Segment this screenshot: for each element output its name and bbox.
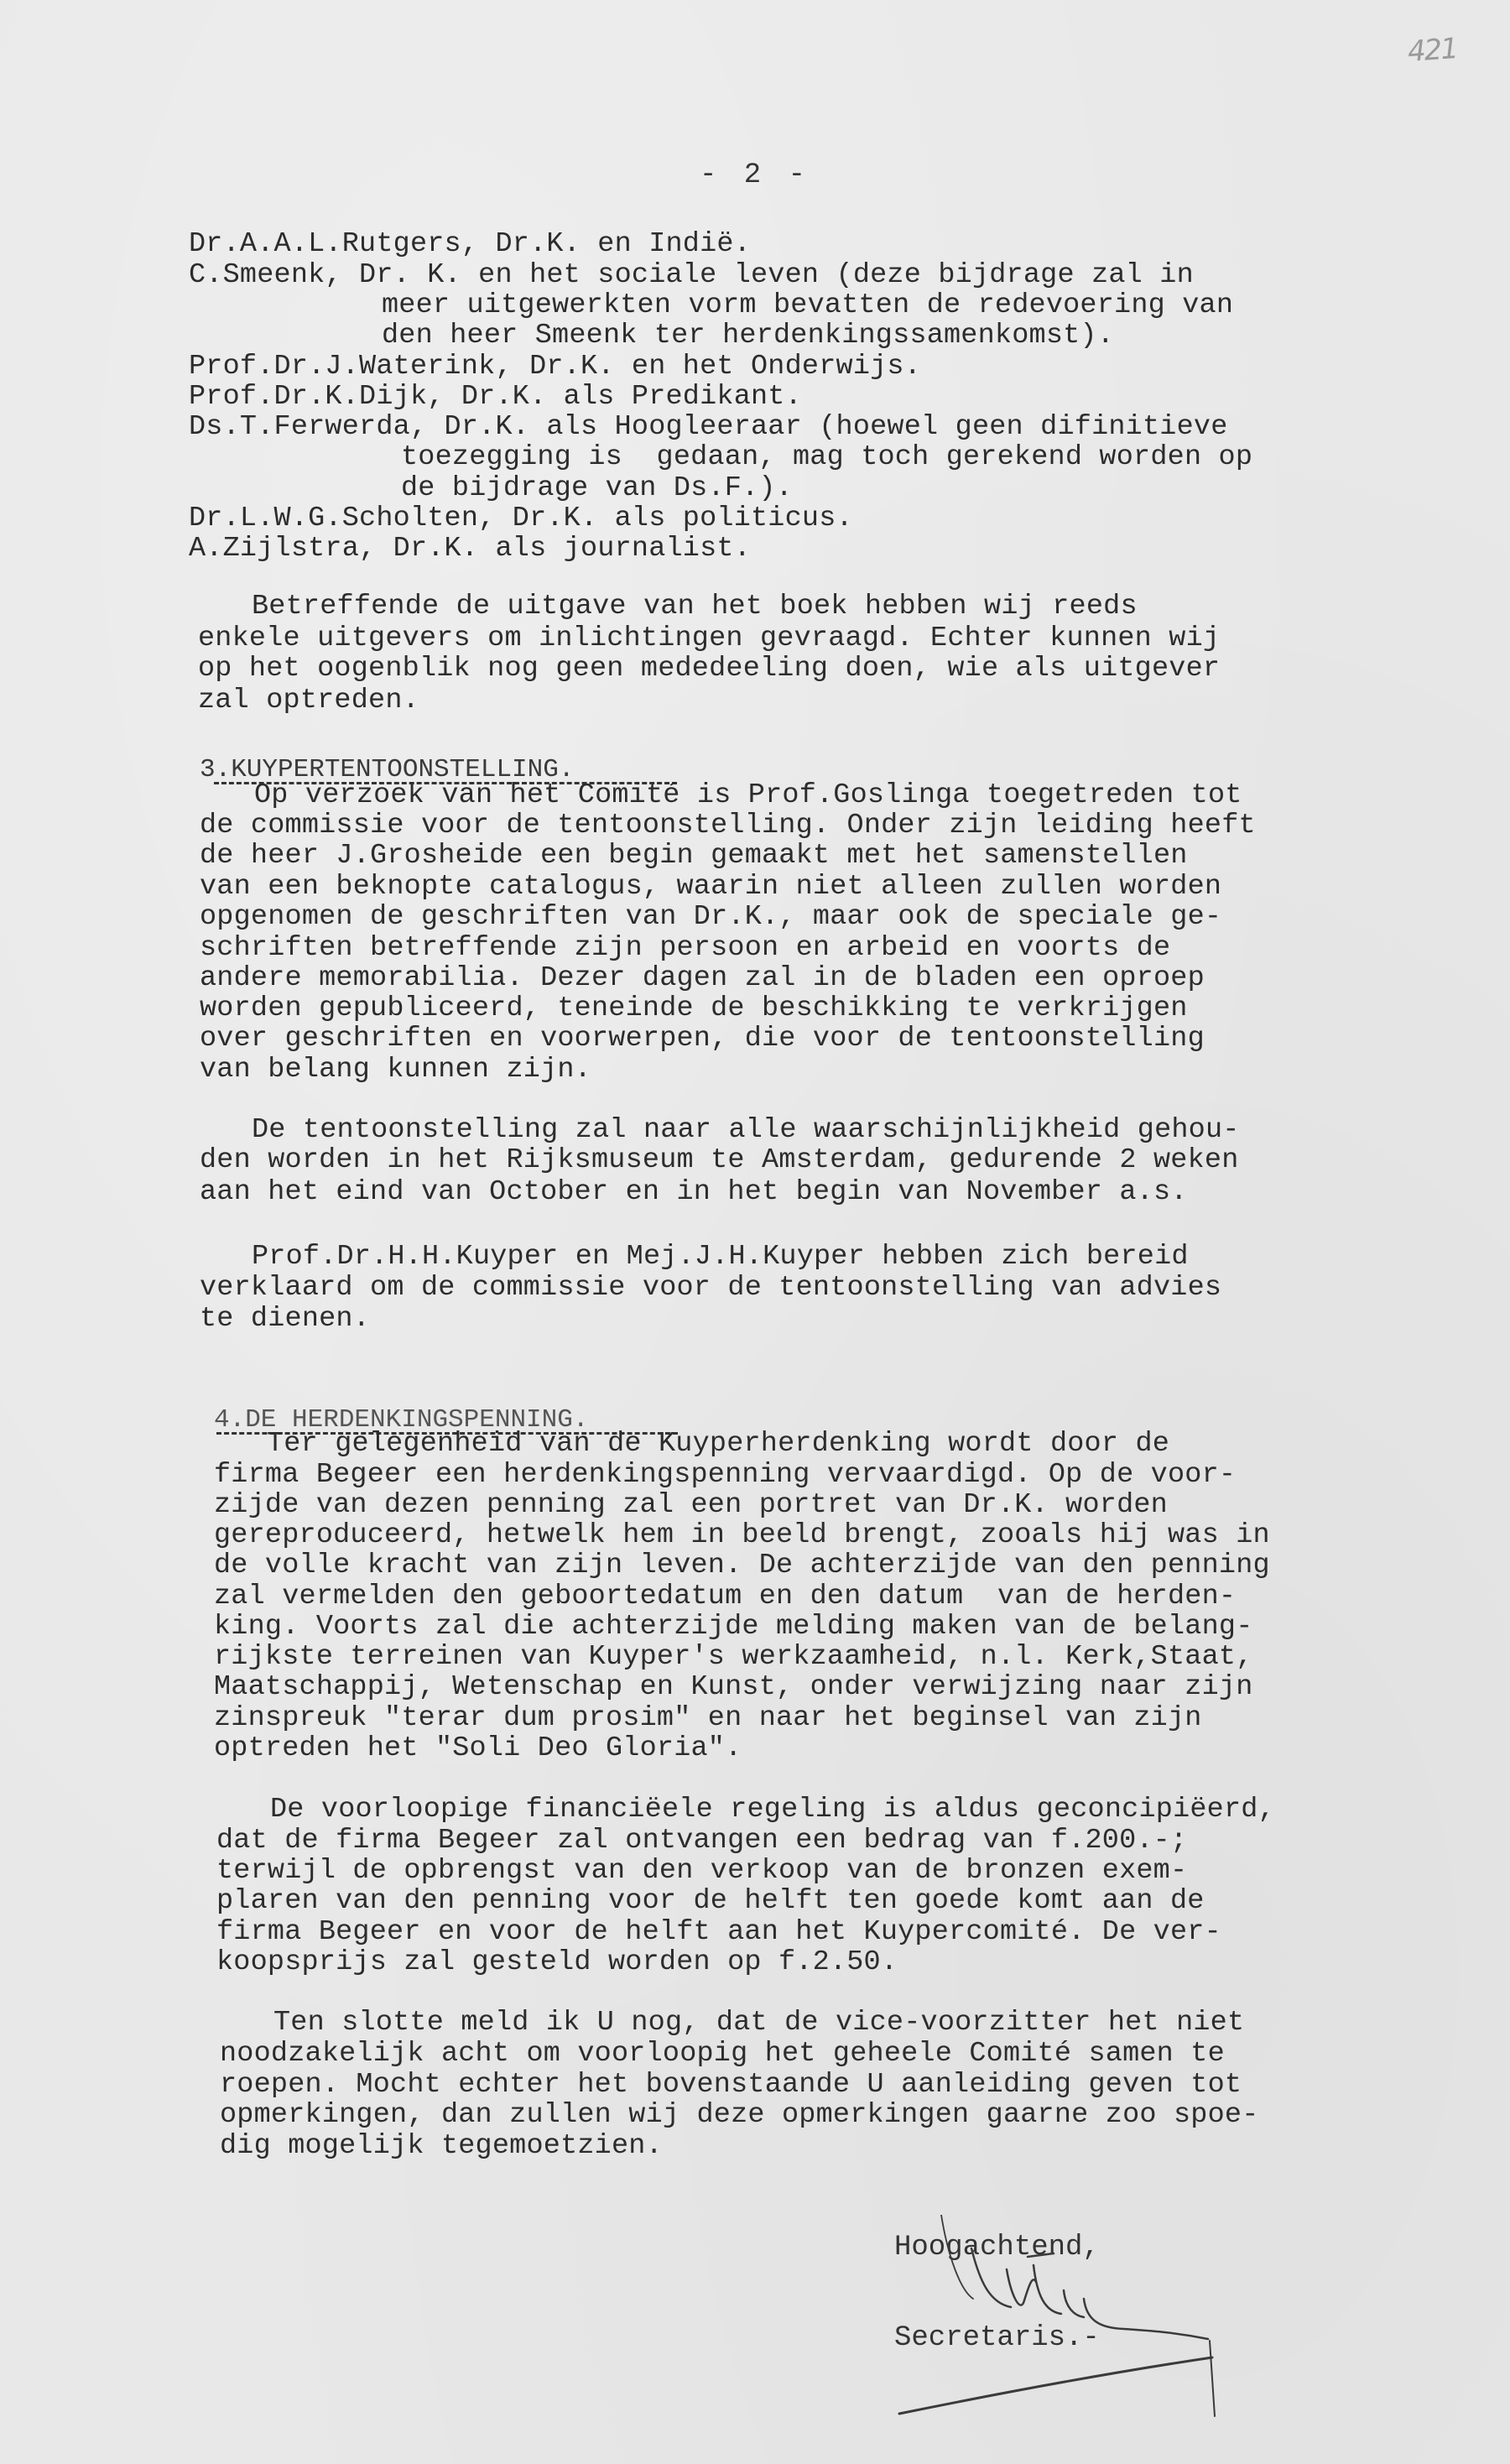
text-line: dat de firma Begeer zal ontvangen een be… [216, 1826, 1187, 1856]
text-line: enkele uitgevers om inlichtingen gevraag… [198, 623, 1220, 654]
text-line: Betreffende de uitgave van het boek hebb… [252, 591, 1138, 622]
contribution-line: Ds.T.Ferwerda, Dr.K. als Hoogleeraar (ho… [189, 412, 1228, 442]
text-line: king. Voorts zal die achterzijde melding… [214, 1612, 1253, 1642]
text-line: noodzakelijk acht om voorloopig het gehe… [220, 2039, 1225, 2069]
text-line: de volle kracht van zijn leven. De achte… [214, 1550, 1270, 1581]
text-line: Op verzoek van het Comité is Prof.Goslin… [254, 780, 1242, 810]
text-line: dig mogelijk tegemoetzien. [220, 2131, 663, 2161]
text-line: rijkste terreinen van Kuyper's werkzaamh… [214, 1642, 1253, 1672]
contribution-line: Prof.Dr.K.Dijk, Dr.K. als Predikant. [189, 382, 802, 412]
contribution-line: A.Zijlstra, Dr.K. als journalist. [189, 534, 751, 564]
text-line: De tentoonstelling zal naar alle waarsch… [252, 1115, 1240, 1145]
text-line: worden gepubliceerd, teneinde de beschik… [200, 993, 1188, 1024]
contribution-line: den heer Smeenk ter herdenkingssamenkoms… [382, 320, 1114, 351]
contribution-line: Dr.L.W.G.Scholten, Dr.K. als politicus. [189, 503, 853, 534]
text-line: terwijl de opbrengst van den verkoop van… [216, 1856, 1187, 1886]
text-line: verklaard om de commissie voor de tentoo… [200, 1273, 1221, 1303]
text-line: opgenomen de geschriften van Dr.K., maar… [200, 902, 1221, 932]
text-line: over geschriften en voorwerpen, die voor… [200, 1024, 1205, 1054]
page-number: - 2 - [0, 159, 1510, 191]
text-line: Maatschappij, Wetenschap en Kunst, onder… [214, 1672, 1253, 1702]
text-line: den worden in het Rijksmuseum te Amsterd… [200, 1145, 1239, 1175]
contribution-line: de bijdrage van Ds.F.). [401, 473, 793, 503]
text-line: schriften betreffende zijn persoon en ar… [200, 933, 1170, 963]
text-line: gereproduceerd, hetwelk hem in beeld bre… [214, 1520, 1270, 1550]
text-line: aan het eind van October en in het begin… [200, 1177, 1188, 1207]
contribution-line: C.Smeenk, Dr. K. en het sociale leven (d… [189, 260, 1194, 290]
text-line: De voorloopige financiëele regeling is a… [270, 1795, 1275, 1825]
archive-number: 421 [1407, 32, 1459, 69]
contribution-line: meer uitgewerkten vorm bevatten de redev… [382, 290, 1233, 320]
text-line: van een beknopte catalogus, waarin niet … [200, 872, 1221, 902]
text-line: zal optreden. [198, 685, 419, 716]
text-line: zinspreuk "terar dum prosim" en naar het… [214, 1703, 1202, 1733]
text-line: te dienen. [200, 1304, 370, 1334]
text-line: Prof.Dr.H.H.Kuyper en Mej.J.H.Kuyper heb… [252, 1242, 1189, 1272]
text-line: optreden het "Soli Deo Gloria". [214, 1733, 742, 1763]
text-line: plaren van den penning voor de helft ten… [216, 1886, 1205, 1916]
text-line: koopsprijs zal gesteld worden op f.2.50. [216, 1947, 898, 1977]
document-page: 421 - 2 - Dr.A.A.L.Rutgers, Dr.K. en Ind… [0, 0, 1510, 2464]
contribution-line: Prof.Dr.J.Waterink, Dr.K. en het Onderwi… [189, 352, 921, 382]
text-line: firma Begeer en voor de helft aan het Ku… [216, 1917, 1221, 1947]
contribution-line: toezegging is gedaan, mag toch gerekend … [401, 442, 1252, 472]
handwritten-signature-icon [889, 2215, 1242, 2433]
text-line: op het oogenblik nog geen mededeeling do… [198, 654, 1220, 684]
text-line: de commissie voor de tentoonstelling. On… [200, 810, 1256, 841]
text-line: roepen. Mocht echter het bovenstaande U … [220, 2070, 1242, 2100]
text-line: van belang kunnen zijn. [200, 1055, 591, 1085]
text-line: zijde van dezen penning zal een portret … [214, 1490, 1168, 1520]
text-line: Ter gelegenheid van de Kuyperherdenking … [267, 1429, 1169, 1459]
contribution-line: Dr.A.A.L.Rutgers, Dr.K. en Indië. [189, 229, 751, 259]
text-line: Ten slotte meld ik U nog, dat de vice-vo… [273, 2008, 1244, 2038]
text-line: de heer J.Grosheide een begin gemaakt me… [200, 841, 1188, 871]
text-line: firma Begeer een herdenkingspenning verv… [214, 1460, 1236, 1490]
text-line: andere memorabilia. Dezer dagen zal in d… [200, 963, 1205, 993]
text-line: zal vermelden den geboortedatum en den d… [214, 1581, 1236, 1612]
text-line: opmerkingen, dan zullen wij deze opmerki… [220, 2100, 1259, 2130]
